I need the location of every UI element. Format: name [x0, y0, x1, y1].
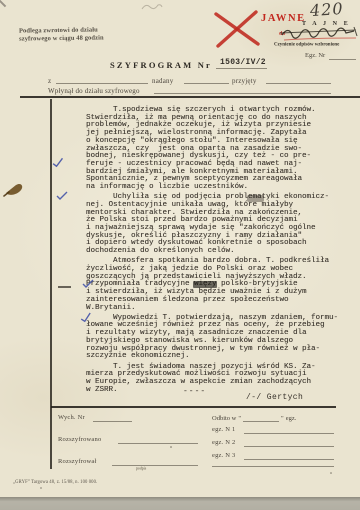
- odbito-row: Odbito w " " egz.: [212, 414, 296, 422]
- jawne-classification-label: JAWNE: [261, 13, 306, 24]
- printer-imprint: „GRYF” Targowa 48, z. 15/88, n. 100 000.: [13, 479, 97, 484]
- egz-nr-line: [329, 52, 356, 60]
- rozszyfrowal-line: [112, 458, 198, 466]
- signature: /-/ Gertych: [246, 393, 303, 402]
- telegram-body: T.spodziewa się szczerych i otwartych ro…: [86, 107, 338, 397]
- document-title: SZYFROGRAM Nr: [110, 60, 212, 70]
- egz-n1-line: [244, 426, 334, 434]
- blackout-overstrike-overlay: [193, 281, 217, 288]
- correction-smudge-overlay: [247, 195, 264, 202]
- red-x-mark-icon: [213, 9, 261, 49]
- wych-nr-label: Wych. Nr: [58, 414, 85, 421]
- field-nadany-line: [184, 77, 229, 84]
- field-wplynal-line: [154, 87, 331, 94]
- checkmark-icon: [51, 157, 64, 168]
- egz-nr-label: Egz. Nr: [305, 52, 325, 59]
- checkmark-icon: [82, 279, 94, 288]
- footer-blank-line: [212, 459, 334, 467]
- body-paragraph-1: T.spodziewa się szczerych i otwartych ro…: [86, 107, 338, 192]
- szyfrogram-page: Podlega zwrotowi do działu szyfrowego w …: [0, 0, 360, 510]
- body-paragraph-2: Uchyliła się od podjęcia problematyki ek…: [86, 194, 338, 256]
- field-nadany-label: nadany: [152, 77, 173, 85]
- margin-dash: [58, 286, 71, 288]
- odbito-open-quote: ": [238, 415, 241, 422]
- odbito-line: [243, 414, 279, 422]
- scan-background-strip: [0, 497, 360, 510]
- egz-n3-label: egz. N 3: [212, 452, 235, 459]
- left-margin-rule: [50, 99, 52, 469]
- egz-n1-label: egz. N 1: [212, 426, 235, 433]
- body-paragraph-4: Wypowiedzi T. potwierdzają, naszym zdani…: [86, 315, 338, 361]
- rozszyfrowano-label: Rozszyfrowano: [58, 436, 101, 443]
- rozszyfrowano-line: [118, 436, 198, 444]
- return-stamp: Podlega zwrotowi do działu szyfrowego w …: [19, 26, 104, 42]
- return-stamp-line2: szyfrowego w ciągu 48 godzin: [19, 34, 104, 43]
- scan-speck: [40, 487, 42, 489]
- egz-n2-label: egz. N 2: [212, 439, 235, 446]
- egz-n2-line: [244, 439, 334, 447]
- odbito-suffix: egz.: [286, 415, 297, 422]
- podpis-caption: podpis: [136, 466, 146, 470]
- odbito-close-quote: ": [281, 415, 284, 422]
- field-z-label: z: [48, 77, 51, 85]
- copies-forbidden-note: Czynienie odpisów wzbronione: [274, 41, 339, 47]
- cipher-number-line: [216, 61, 267, 69]
- rozszyfrowal-label: Rozszyfrował: [58, 458, 97, 465]
- scan-corner-mark: [0, 0, 6, 7]
- separator-dashes: ----: [183, 387, 206, 396]
- body-paragraph-5: T. jest świadoma naszej pozycji wśród KS…: [86, 364, 338, 395]
- footer-rule: [51, 406, 336, 408]
- scan-speck: [330, 472, 332, 474]
- handwritten-page-number: 420: [309, 0, 344, 20]
- wych-nr-line: [93, 414, 132, 422]
- field-wplynal-label: Wpłynął do działu szyfrowego: [48, 87, 140, 95]
- checkmark-icon: [56, 191, 68, 200]
- header-rule: [20, 96, 360, 98]
- ink-blot: [3, 179, 25, 199]
- field-przyjety-label: przyjęty: [232, 77, 257, 85]
- field-przyjety-line: [266, 77, 331, 84]
- field-z-line: [56, 77, 148, 84]
- pencil-squiggle-icon: [140, 1, 164, 13]
- scan-speck: [170, 446, 172, 448]
- odbito-label: Odbito w: [212, 415, 236, 422]
